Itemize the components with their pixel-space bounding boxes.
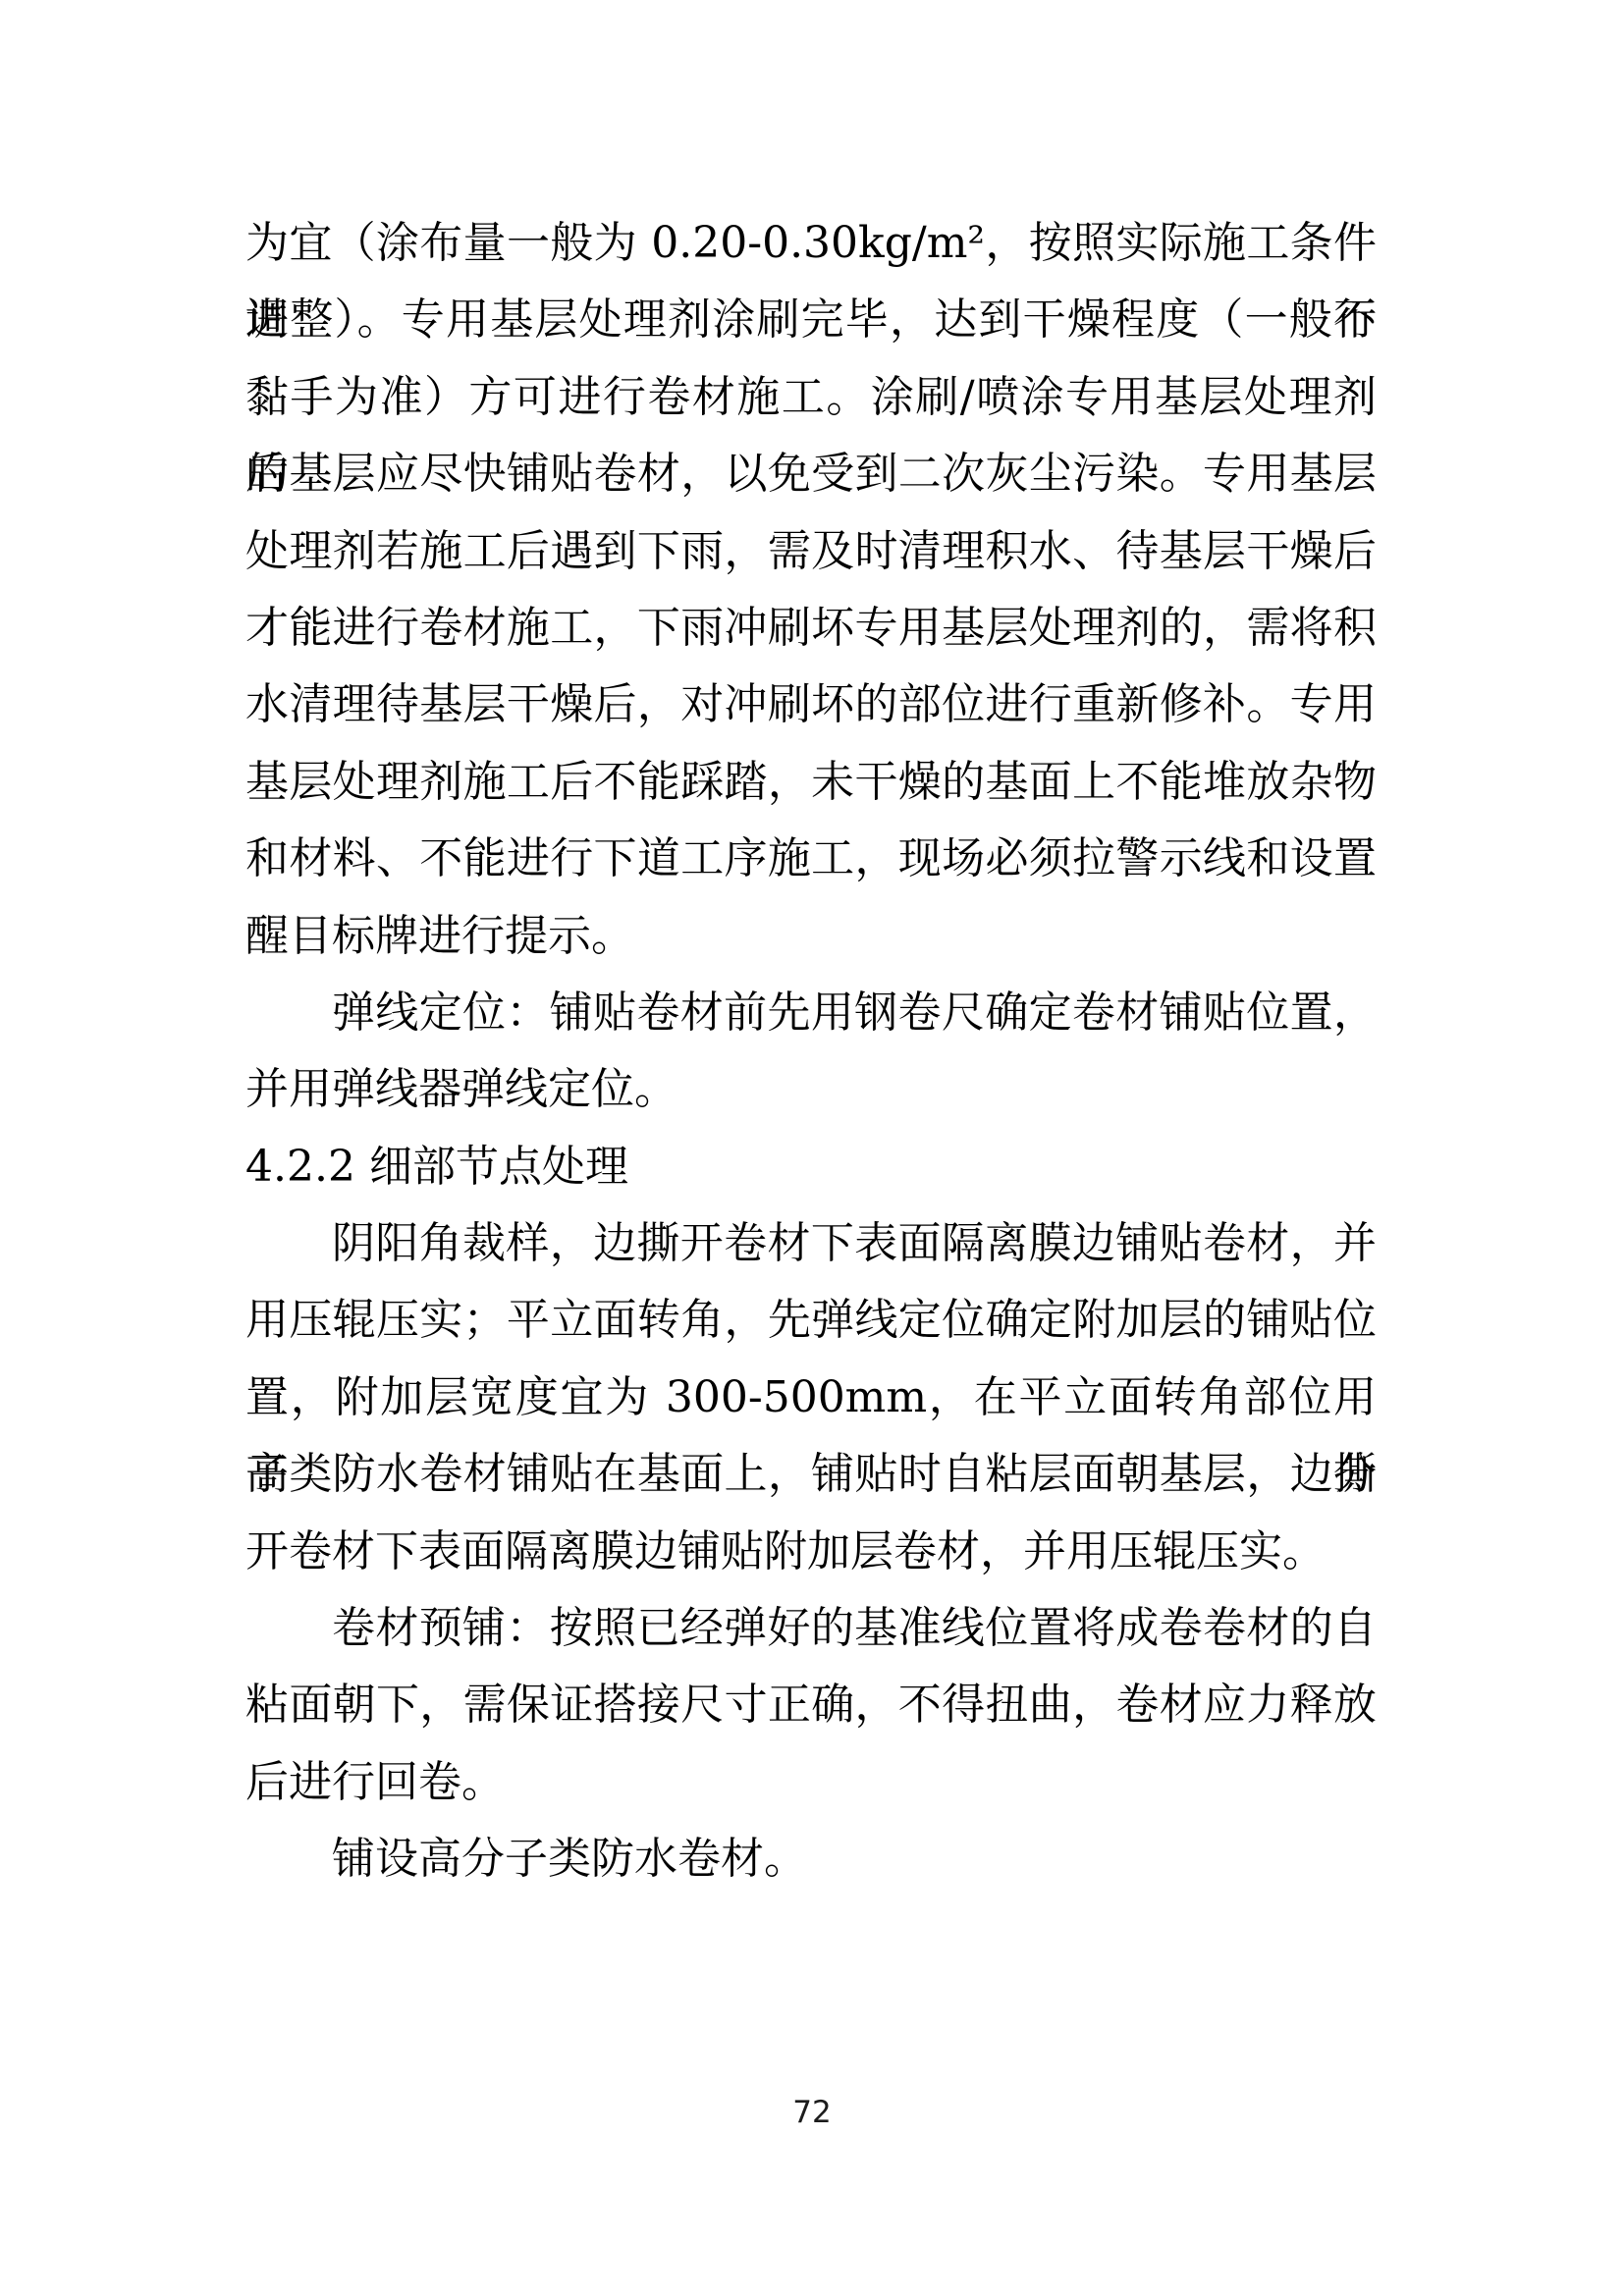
para-line: 后进行回卷。	[245, 1744, 1377, 1821]
para-line: 处理剂若施工后遇到下雨，需及时清理积水、待基层干燥后	[245, 513, 1377, 590]
para-line: 阴阳角裁样，边撕开卷材下表面隔离膜边铺贴卷材，并	[245, 1205, 1377, 1282]
para-line: 子类防水卷材铺贴在基面上，铺贴时自粘层面朝基层，边撕	[245, 1436, 1377, 1513]
para-line: 醒目标牌进行提示。	[245, 898, 1377, 975]
para-line: 水清理待基层干燥后，对冲刷坏的部位进行重新修补。专用	[245, 667, 1377, 743]
para-line: 和材料、不能进行下道工序施工，现场必须拉警示线和设置	[245, 821, 1377, 897]
para-line: 并用弹线器弹线定位。	[245, 1051, 1377, 1128]
para-line: 才能进行卷材施工，下雨冲刷坏专用基层处理剂的，需将积	[245, 590, 1377, 667]
para-line: 的基层应尽快铺贴卷材，以免受到二次灰尘污染。专用基层	[245, 436, 1377, 512]
para-line: 置，附加层宽度宜为 300-500mm，在平立面转角部位用高分	[245, 1360, 1377, 1436]
para-line: 弹线定位：铺贴卷材前先用钢卷尺确定卷材铺贴位置，	[245, 975, 1377, 1051]
para-line: 开卷材下表面隔离膜边铺贴附加层卷材，并用压辊压实。	[245, 1514, 1377, 1590]
page-number: 72	[0, 2095, 1624, 2130]
document-text-block: 为宜（涂布量一般为 0.20-0.30kg/m²，按照实际施工条件进行 调整）。…	[245, 205, 1377, 1898]
para-line: 调整）。专用基层处理剂涂刷完毕，达到干燥程度（一般不	[245, 282, 1377, 358]
para-line: 为宜（涂布量一般为 0.20-0.30kg/m²，按照实际施工条件进行	[245, 205, 1377, 282]
para-line: 黏手为准）方可进行卷材施工。涂刷/喷涂专用基层处理剂后	[245, 359, 1377, 436]
para-line: 基层处理剂施工后不能踩踏，未干燥的基面上不能堆放杂物	[245, 744, 1377, 821]
document-page: 为宜（涂布量一般为 0.20-0.30kg/m²，按照实际施工条件进行 调整）。…	[0, 0, 1624, 2296]
para-line: 卷材预铺：按照已经弹好的基准线位置将成卷卷材的自	[245, 1590, 1377, 1667]
para-line: 铺设高分子类防水卷材。	[245, 1821, 1377, 1897]
section-heading: 4.2.2 细部节点处理	[245, 1129, 1377, 1205]
para-line: 用压辊压实；平立面转角，先弹线定位确定附加层的铺贴位	[245, 1282, 1377, 1359]
para-line: 粘面朝下，需保证搭接尺寸正确，不得扭曲，卷材应力释放	[245, 1667, 1377, 1743]
